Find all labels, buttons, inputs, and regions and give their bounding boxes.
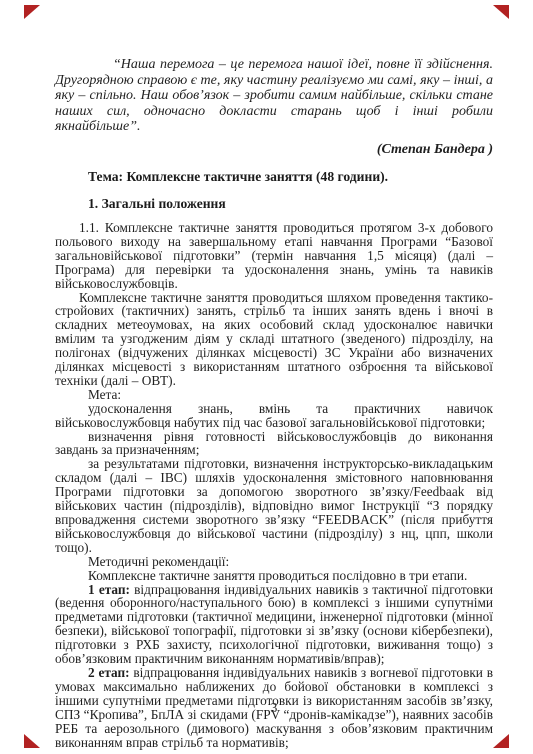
meta-label: Мета: (55, 388, 493, 402)
corner-mark-bottom-left-icon (24, 734, 40, 748)
corner-mark-top-right-icon (493, 5, 509, 19)
page-number: 3 (55, 700, 493, 716)
paragraph-1-2: Комплексне тактичне заняття проводиться … (55, 291, 493, 388)
corner-mark-bottom-right-icon (493, 734, 509, 748)
epigraph-quote: “Наша перемога – це перемога нашої ідеї,… (55, 57, 493, 135)
stage-1-paragraph: 1 етап: відпрацювання індивідуальних нав… (55, 583, 493, 666)
goal-item-3: за результатами підготовки, визначення і… (55, 457, 493, 554)
section-1-heading: 1. Загальні положення (88, 197, 493, 211)
recommendations-intro: Комплексне тактичне заняття проводиться … (55, 569, 493, 583)
corner-mark-top-left-icon (24, 5, 40, 19)
epigraph-attribution: (Степан Бандера ) (55, 142, 493, 157)
goal-item-1: удосконалення знань, вмінь та практичних… (55, 402, 493, 430)
stage-2-label: 2 етап: (88, 665, 130, 680)
topic-heading: Тема: Комплексне тактичне заняття (48 го… (88, 170, 493, 184)
stage-1-label: 1 етап: (88, 582, 130, 597)
recommendations-label: Методичні рекомендації: (55, 555, 493, 569)
paragraph-1-1: 1.1. Комплексне тактичне заняття проводи… (55, 221, 493, 291)
goal-item-2: визначення рівня готовності військовослу… (55, 430, 493, 458)
document-page: “Наша перемога – це перемога нашої ідеї,… (0, 0, 533, 754)
document-content: “Наша перемога – це перемога нашої ідеї,… (55, 57, 493, 749)
